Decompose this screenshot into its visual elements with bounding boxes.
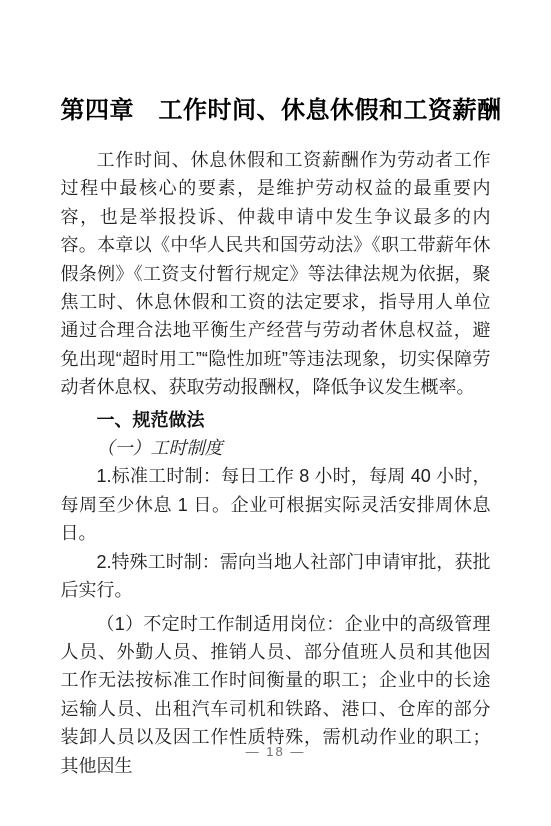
document-page: 第四章 工作时间、休息休假和工资薪酬 工作时间、休息休假和工资薪酬作为劳动者工作… xyxy=(0,0,551,826)
page-content: 第四章 工作时间、休息休假和工资薪酬 工作时间、休息休假和工资薪酬作为劳动者工作… xyxy=(61,0,491,780)
section-heading: 一、规范做法 xyxy=(61,406,491,434)
paragraph-standard-hours: 1.标准工时制：每日工作 8 小时，每周 40 小时，每周至少休息 1 日。企业… xyxy=(61,462,491,547)
page-number: — 18 — xyxy=(0,744,551,759)
subsection-heading: （一）工时制度 xyxy=(61,434,491,462)
chapter-title: 第四章 工作时间、休息休假和工资薪酬 xyxy=(61,94,491,128)
intro-paragraph: 工作时间、休息休假和工资薪酬作为劳动者工作过程中最核心的要素，是维护劳动权益的最… xyxy=(61,146,491,402)
paragraph-special-hours: 2.特殊工时制：需向当地人社部门申请审批，获批后实行。 xyxy=(61,548,491,605)
